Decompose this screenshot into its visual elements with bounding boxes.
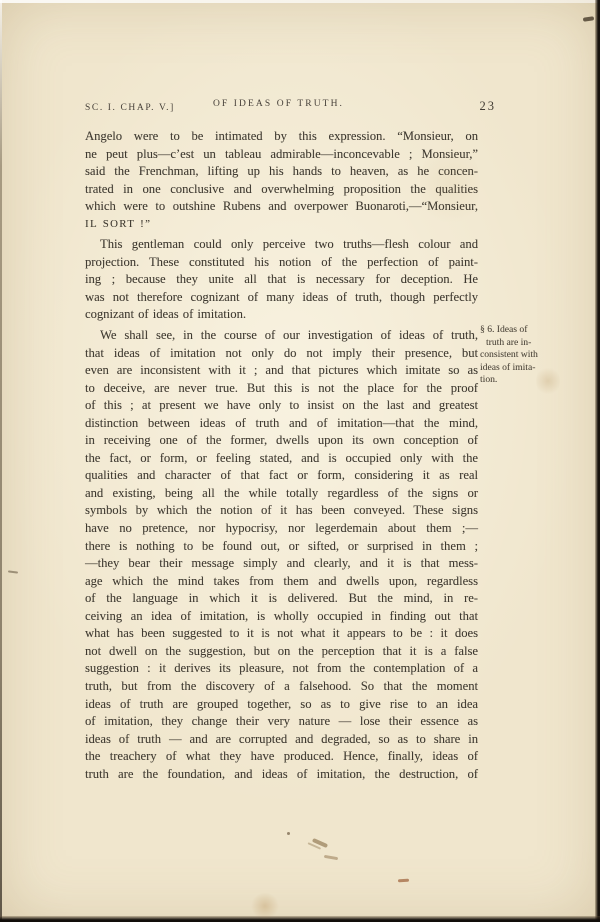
text-line: in receiving one of the former, dwells u… <box>85 432 478 450</box>
foxing-stain <box>250 893 280 919</box>
text-line: ideas of truth — and are corrupted and d… <box>85 731 478 749</box>
text-line: said the Frenchman, lifting up his hands… <box>85 163 478 181</box>
text-line: —they bear their message simply and clea… <box>85 555 478 573</box>
running-title: OF IDEAS OF TRUTH. <box>85 99 472 109</box>
text-line: ne peut plus—c’est un tableau admirable—… <box>85 146 478 164</box>
text-line: of the language in which it is delivered… <box>85 590 478 608</box>
dash-mark-stain <box>8 570 18 573</box>
page-edge-top <box>0 0 600 3</box>
text-line: symbols by which the notion of it has be… <box>85 502 478 520</box>
paragraph: Angelo were to be intimated by this expr… <box>85 128 478 233</box>
text-line: of this ; at present we have only to ins… <box>85 397 478 415</box>
ink-smudge-stain <box>324 855 338 860</box>
text-line: and existing, being all the while totall… <box>85 485 478 503</box>
margin-note-line: tion. <box>480 374 554 387</box>
text-line: the treachery of what they have produced… <box>85 748 478 766</box>
text-line: trated in one conclusive and overwhelmin… <box>85 181 478 199</box>
text-line: age which the mind takes from them and d… <box>85 573 478 591</box>
text-line: not dwell on the suggestion, but on the … <box>85 643 478 661</box>
margin-note: § 6. Ideas of truth are in- consistent w… <box>480 324 554 387</box>
margin-note-line: consistent with <box>480 349 554 362</box>
text-line: IL SORT !” <box>85 216 478 234</box>
text-line: cognizant of ideas of imitation. <box>85 306 478 324</box>
text-line: truth are the foundation, and ideas of i… <box>85 766 478 784</box>
text-line: ing ; because they unite all that is nec… <box>85 271 478 289</box>
page-edge-bottom <box>0 916 600 922</box>
ink-smudge-stain <box>312 838 328 848</box>
page-number: 23 <box>480 99 497 114</box>
running-header: SC. I. CHAP. V.] OF IDEAS OF TRUTH. 23 <box>85 99 496 113</box>
page-edge-left <box>0 0 2 922</box>
text-line: qualities and character of that fact or … <box>85 467 478 485</box>
text-line: what has been suggested to it is not wha… <box>85 625 478 643</box>
margin-note-line: ideas of imita- <box>480 362 554 375</box>
text-line: Angelo were to be intimated by this expr… <box>85 128 478 146</box>
text-line: This gentleman could only perceive two t… <box>85 236 478 254</box>
margin-note-line: truth are in- <box>480 337 554 350</box>
body-text: Angelo were to be intimated by this expr… <box>85 128 478 783</box>
page-edge-right <box>595 0 600 922</box>
margin-note-line: § 6. Ideas of <box>480 324 554 337</box>
text-line: ceiving an idea of imitation, is wholly … <box>85 608 478 626</box>
text-line: the fact, or form, or feeling stated, an… <box>85 450 478 468</box>
book-page-scan: SC. I. CHAP. V.] OF IDEAS OF TRUTH. 23 A… <box>0 0 600 922</box>
ink-dot-stain <box>287 832 290 835</box>
text-line: there is nothing to be found out, or sif… <box>85 538 478 556</box>
text-line: truth, but from the discovery of a false… <box>85 678 478 696</box>
text-line: ideas of truth are grouped together, so … <box>85 696 478 714</box>
text-line: of imitation, they change their very nat… <box>85 713 478 731</box>
edge-mark-stain <box>583 16 594 21</box>
text-line: that ideas of imitation not only do not … <box>85 345 478 363</box>
text-line: have no pretence, nor hypocrisy, nor leg… <box>85 520 478 538</box>
dash-mark-stain <box>398 879 409 883</box>
text-line: distinction between ideas of truth and o… <box>85 415 478 433</box>
text-line: projection. These constituted his notion… <box>85 254 478 272</box>
text-line: We shall see, in the course of our inves… <box>85 327 478 345</box>
paragraph: We shall see, in the course of our inves… <box>85 327 478 783</box>
text-line: even are inconsistent with it ; and that… <box>85 362 478 380</box>
text-line: suggestion : it derives its pleasure, no… <box>85 660 478 678</box>
text-line: to deceive, are never true. But this is … <box>85 380 478 398</box>
text-line: was not therefore cognizant of many idea… <box>85 289 478 307</box>
paragraph: This gentleman could only perceive two t… <box>85 236 478 324</box>
text-line: which were to outshine Rubens and overpo… <box>85 198 478 216</box>
